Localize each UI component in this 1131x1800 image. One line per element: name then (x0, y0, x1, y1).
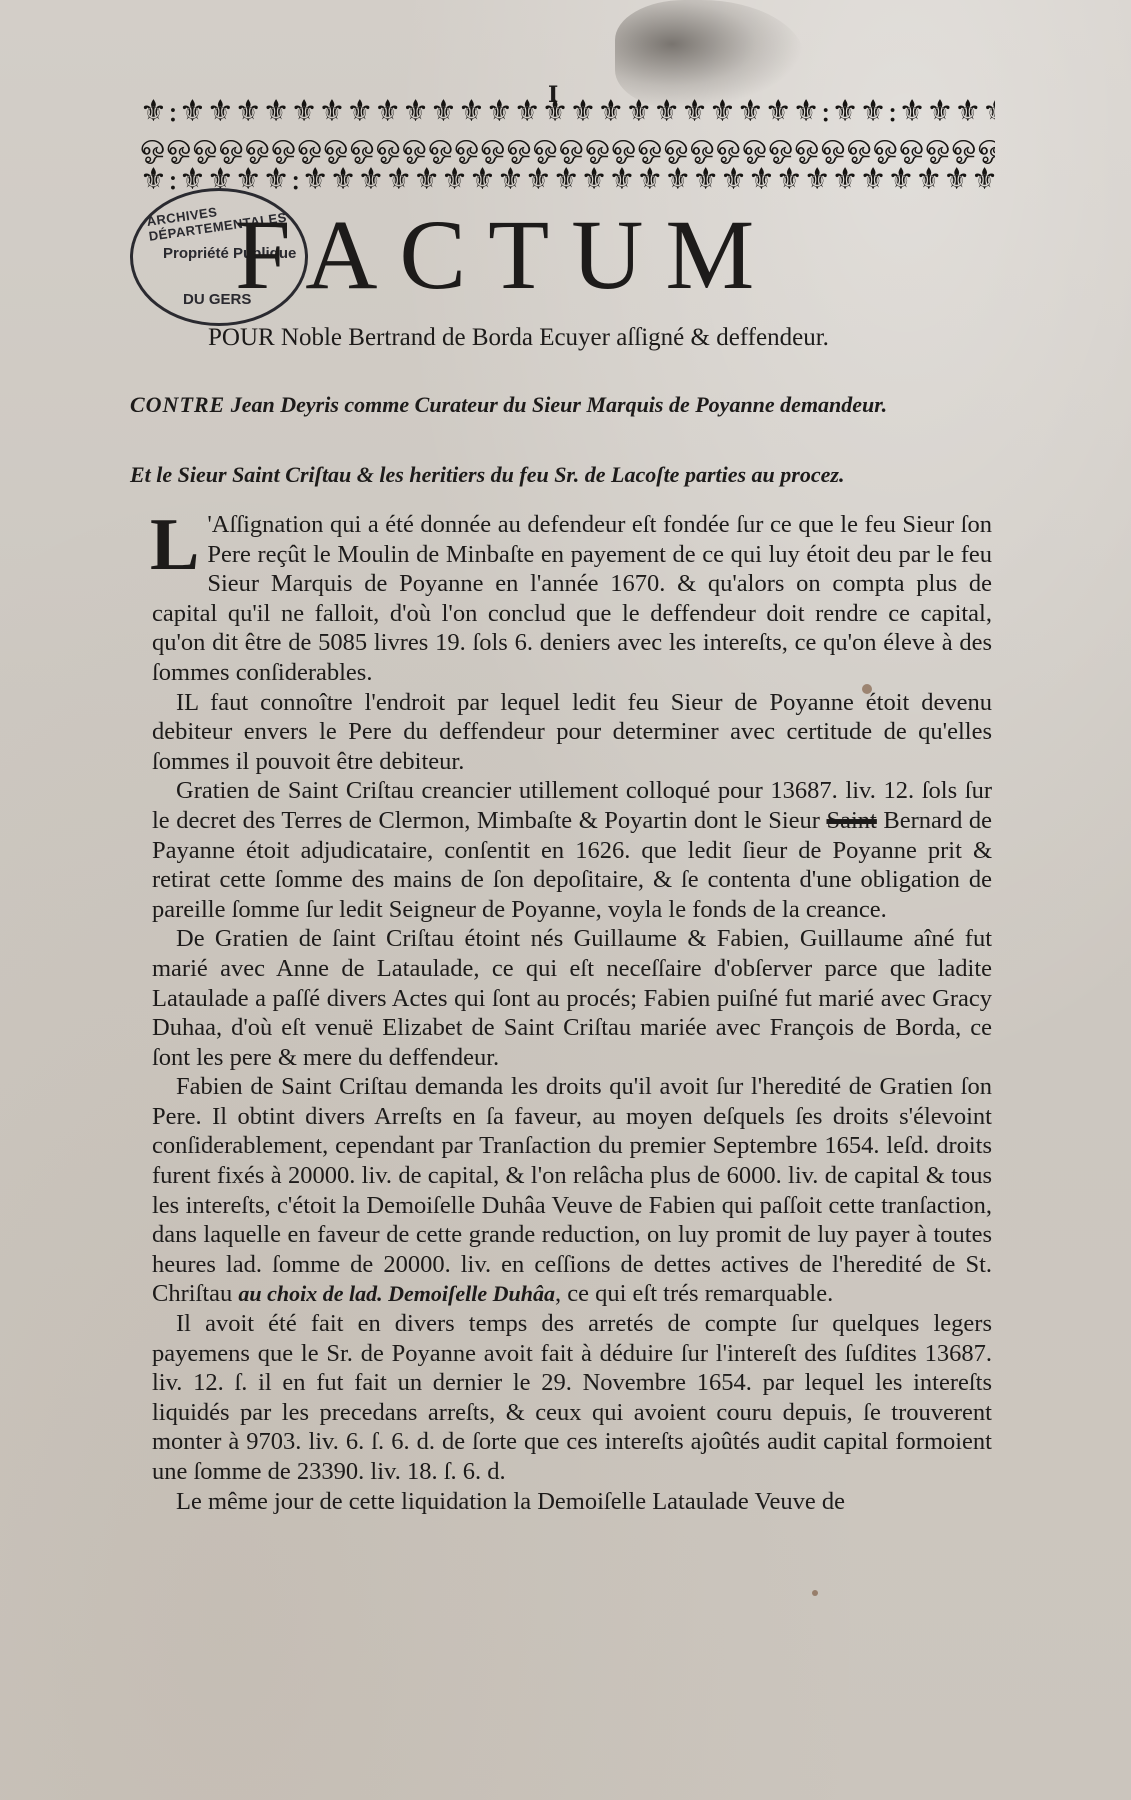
paper-stain (812, 1590, 818, 1596)
paragraph-3: Gratien de Saint Criſtau creancier utill… (152, 776, 992, 924)
paragraph-1: L'Aſſignation qui a été donnée au defend… (152, 510, 992, 688)
paragraph-1-text: 'Aſſignation qui a été donnée au defende… (152, 511, 992, 686)
ink-smudge (615, 0, 805, 110)
paragraph-2: IL faut connoître l'endroit par lequel l… (152, 688, 992, 777)
document-page: I ⚜:⚜⚜⚜⚜⚜⚜⚜⚜⚜⚜⚜⚜⚜⚜⚜⚜⚜⚜⚜⚜⚜⚜⚜:⚜⚜:⚜⚜⚜⚜⚜⚜⚜⚜ … (0, 0, 1131, 1800)
pour-line: POUR Noble Bertrand de Borda Ecuyer aſſi… (208, 324, 1008, 352)
paragraph-5-text-a: Fabien de Saint Criſtau demanda les droi… (152, 1073, 992, 1307)
paragraph-5-text-b: , ce qui eſt trés remarquable. (555, 1280, 833, 1307)
paragraph-7: Le même jour de cette liquidation la Dem… (152, 1487, 992, 1517)
et-line: Et le Sieur Saint Criſtau & les heritier… (130, 462, 1000, 488)
contre-text: Jean Deyris comme Curateur du Sieur Marq… (225, 392, 887, 417)
paper-stain (862, 684, 872, 694)
paragraph-6: Il avoit été fait en divers temps des ar… (152, 1309, 992, 1487)
fleur-de-lis-border-icon: ⚜:⚜⚜⚜⚜⚜⚜⚜⚜⚜⚜⚜⚜⚜⚜⚜⚜⚜⚜⚜⚜⚜⚜⚜:⚜⚜:⚜⚜⚜⚜⚜⚜⚜⚜ ஓஓ… (140, 95, 995, 203)
title-rest: ACTUM (305, 199, 776, 310)
paragraph-4: De Gratien de ſaint Criſtau étoint nés G… (152, 924, 992, 1072)
contre-line: CONTRE Jean Deyris comme Curateur du Sie… (130, 392, 1000, 418)
italic-phrase: au choix de lad. Demoiſelle Duhâa (238, 1281, 555, 1306)
page-title: FACTUM (235, 205, 935, 305)
title-initial: F (235, 199, 305, 310)
struck-word: Saint (826, 807, 876, 834)
body-text: L'Aſſignation qui a été donnée au defend… (152, 510, 992, 1516)
drop-cap: L (150, 514, 199, 576)
paragraph-5: Fabien de Saint Criſtau demanda les droi… (152, 1072, 992, 1309)
contre-lead: CONTRE (130, 392, 225, 417)
